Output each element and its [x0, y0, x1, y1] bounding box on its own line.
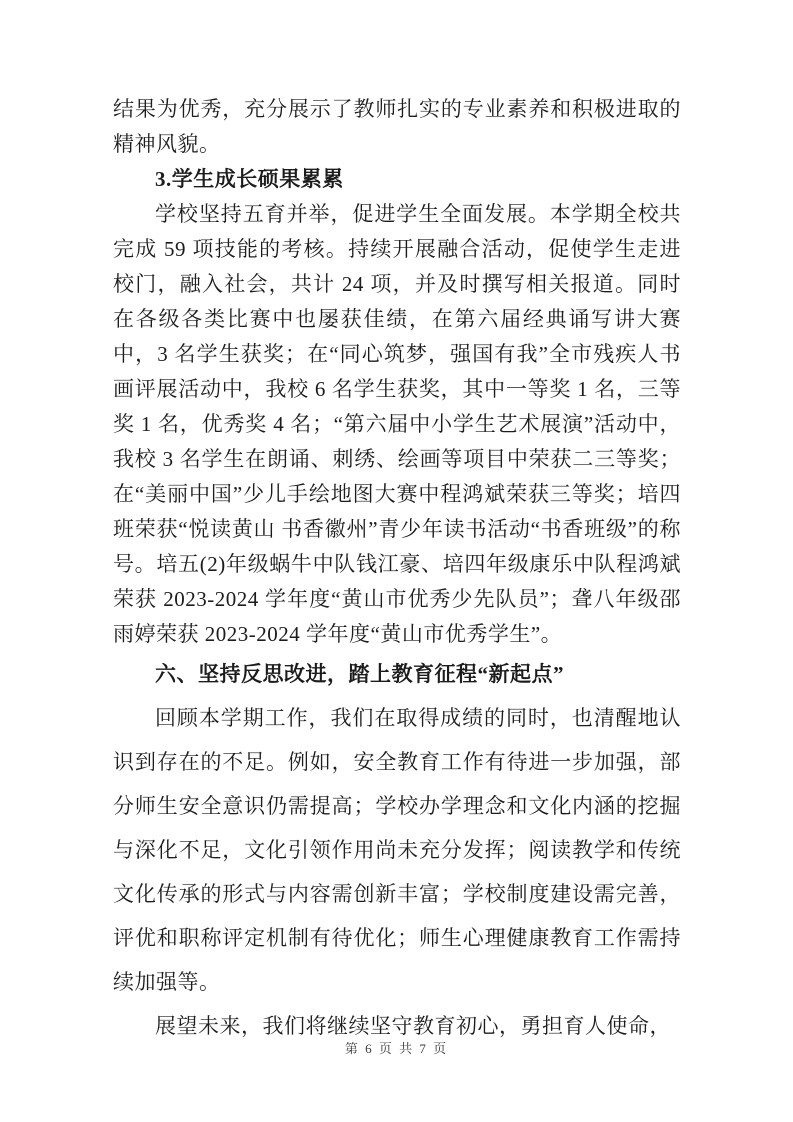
page-number-label: 第 6 页 共 7 页 [345, 1041, 448, 1056]
paragraph-continuation: 结果为优秀，充分展示了教师扎实的专业素养和积极进取的精神风貌。 [113, 92, 681, 162]
page-footer: 第 6 页 共 7 页 [0, 1038, 793, 1057]
section-heading-reflection: 六、坚持反思改进，踏上教育征程“新起点” [113, 652, 681, 696]
section-heading-students: 3.学生成长硕果累累 [113, 162, 681, 197]
document-page: 结果为优秀，充分展示了教师扎实的专业素养和积极进取的精神风貌。 3.学生成长硕果… [0, 0, 793, 1122]
paragraph-student-achievements: 学校坚持五育并举，促进学生全面发展。本学期全校共完成 59 项技能的考核。持续开… [113, 197, 681, 652]
paragraph-shortcomings: 回顾本学期工作，我们在取得成绩的同时，也清醒地认识到存在的不足。例如，安全教育工… [113, 696, 681, 1004]
